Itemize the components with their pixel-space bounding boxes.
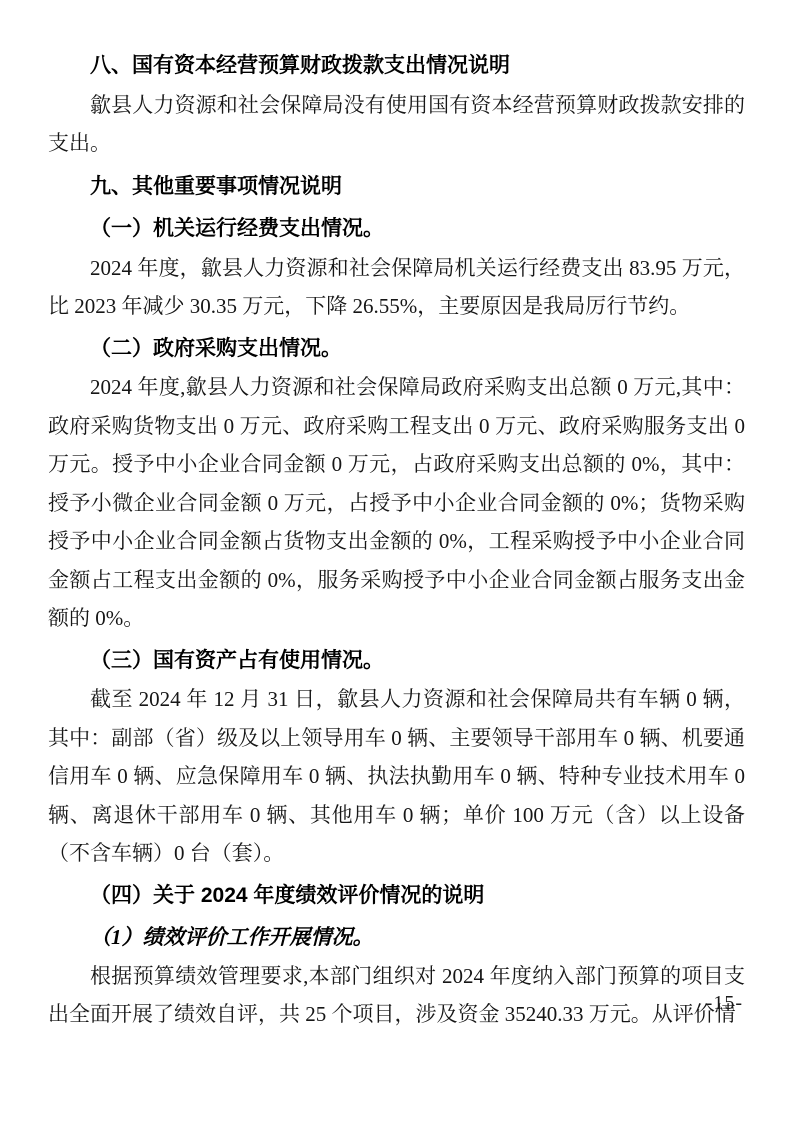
document-page: 八、国有资本经营预算财政拨款支出情况说明歙县人力资源和社会保障局没有使用国有资本… (0, 0, 793, 1122)
paragraph-evaluation-work: 根据预算绩效管理要求,本部门组织对 2024 年度纳入部门预算的项目支出全面开展… (48, 957, 745, 1034)
heading-sub-3-state-assets: （三）国有资产占有使用情况。 (48, 642, 745, 681)
paragraph-operating-costs: 2024 年度，歙县人力资源和社会保障局机关运行经费支出 83.95 万元，比 … (48, 249, 745, 326)
page-number: -15- (706, 992, 743, 1015)
paragraph-procurement: 2024 年度,歙县人力资源和社会保障局政府采购支出总额 0 万元,其中：政府采… (48, 368, 745, 638)
paragraph-state-assets: 截至 2024 年 12 月 31 日，歙县人力资源和社会保障局共有车辆 0 辆… (48, 680, 745, 873)
heading-sub-1-operating-costs: （一）机关运行经费支出情况。 (48, 210, 745, 249)
heading-section-8: 八、国有资本经营预算财政拨款支出情况说明 (48, 47, 745, 86)
heading-sub-4-1-evaluation-work: （1）绩效评价工作开展情况。 (48, 918, 745, 957)
heading-sub-2-procurement: （二）政府采购支出情况。 (48, 330, 745, 369)
heading-sub-4-performance-evaluation: （四）关于 2024 年度绩效评价情况的说明 (48, 877, 745, 916)
document-body: 八、国有资本经营预算财政拨款支出情况说明歙县人力资源和社会保障局没有使用国有资本… (48, 47, 745, 1034)
heading-section-9: 九、其他重要事项情况说明 (48, 168, 745, 207)
paragraph-state-capital: 歙县人力资源和社会保障局没有使用国有资本经营预算财政拨款安排的支出。 (48, 86, 745, 163)
